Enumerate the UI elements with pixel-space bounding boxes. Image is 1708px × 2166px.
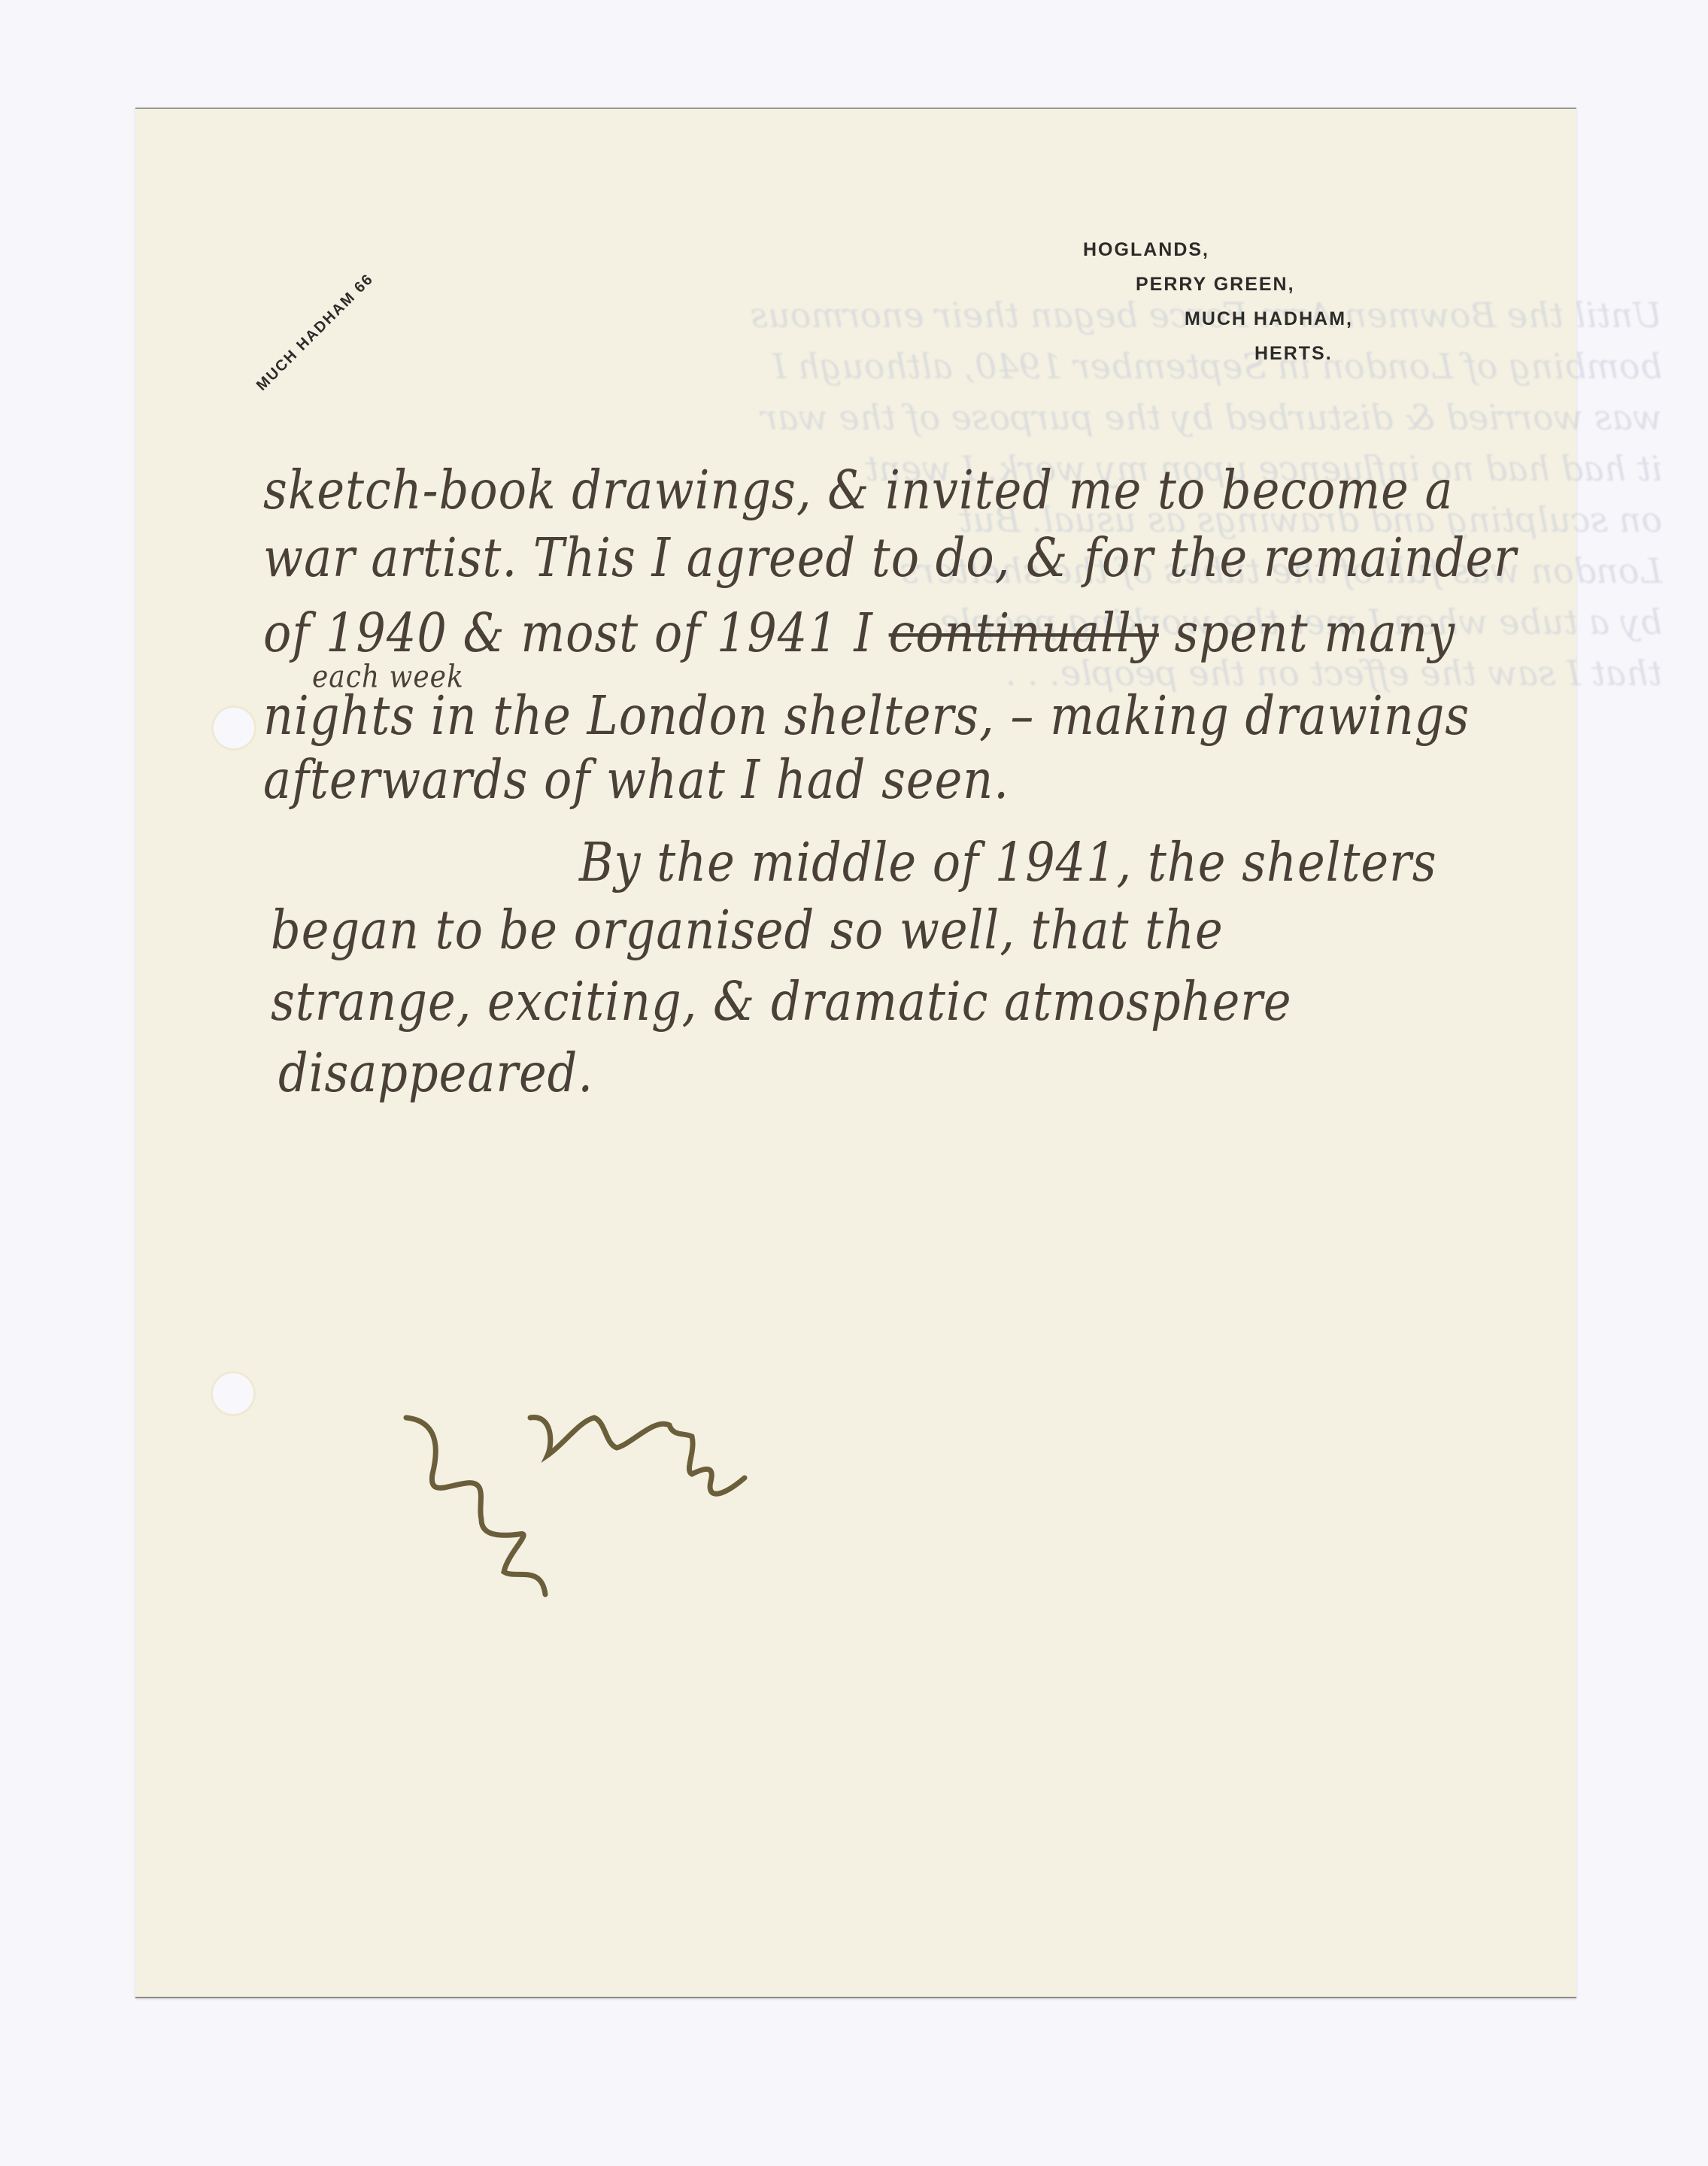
handwritten-line-6: By the middle of 1941, the shelters — [579, 831, 1437, 894]
handwritten-line-3: of 1940 & most of 1941 I continually spe… — [263, 602, 1455, 665]
punch-hole-top — [211, 705, 256, 751]
letterhead-line-2: PERRY GREEN, — [1136, 274, 1295, 296]
letterhead-line-4: HERTS. — [1254, 343, 1333, 365]
punch-hole-bottom — [211, 1371, 256, 1416]
handwritten-line-5: afterwards of what I had seen. — [263, 748, 1009, 811]
handwritten-line-8: strange, exciting, & dramatic atmosphere — [271, 970, 1292, 1033]
letterhead-line-3: MUCH HADHAM, — [1185, 308, 1353, 330]
handwritten-line-4: nights in the London shelters, – making … — [263, 684, 1470, 748]
handwritten-line-9: disappeared. — [278, 1042, 593, 1105]
handwritten-line-7: began to be organised so well, that the — [271, 899, 1224, 962]
line-3-after: spent many — [1159, 602, 1455, 665]
struck-word: continually — [889, 602, 1159, 665]
line-3-before: of 1940 & most of 1941 I — [263, 602, 889, 665]
handwritten-line-2: war artist. This I agreed to do, & for t… — [263, 526, 1517, 590]
letterhead-line-1: HOGLANDS, — [1083, 239, 1209, 261]
handwritten-line-1: sketch-book drawings, & invited me to be… — [263, 459, 1454, 522]
signature-squiggle-icon — [376, 1391, 903, 1730]
